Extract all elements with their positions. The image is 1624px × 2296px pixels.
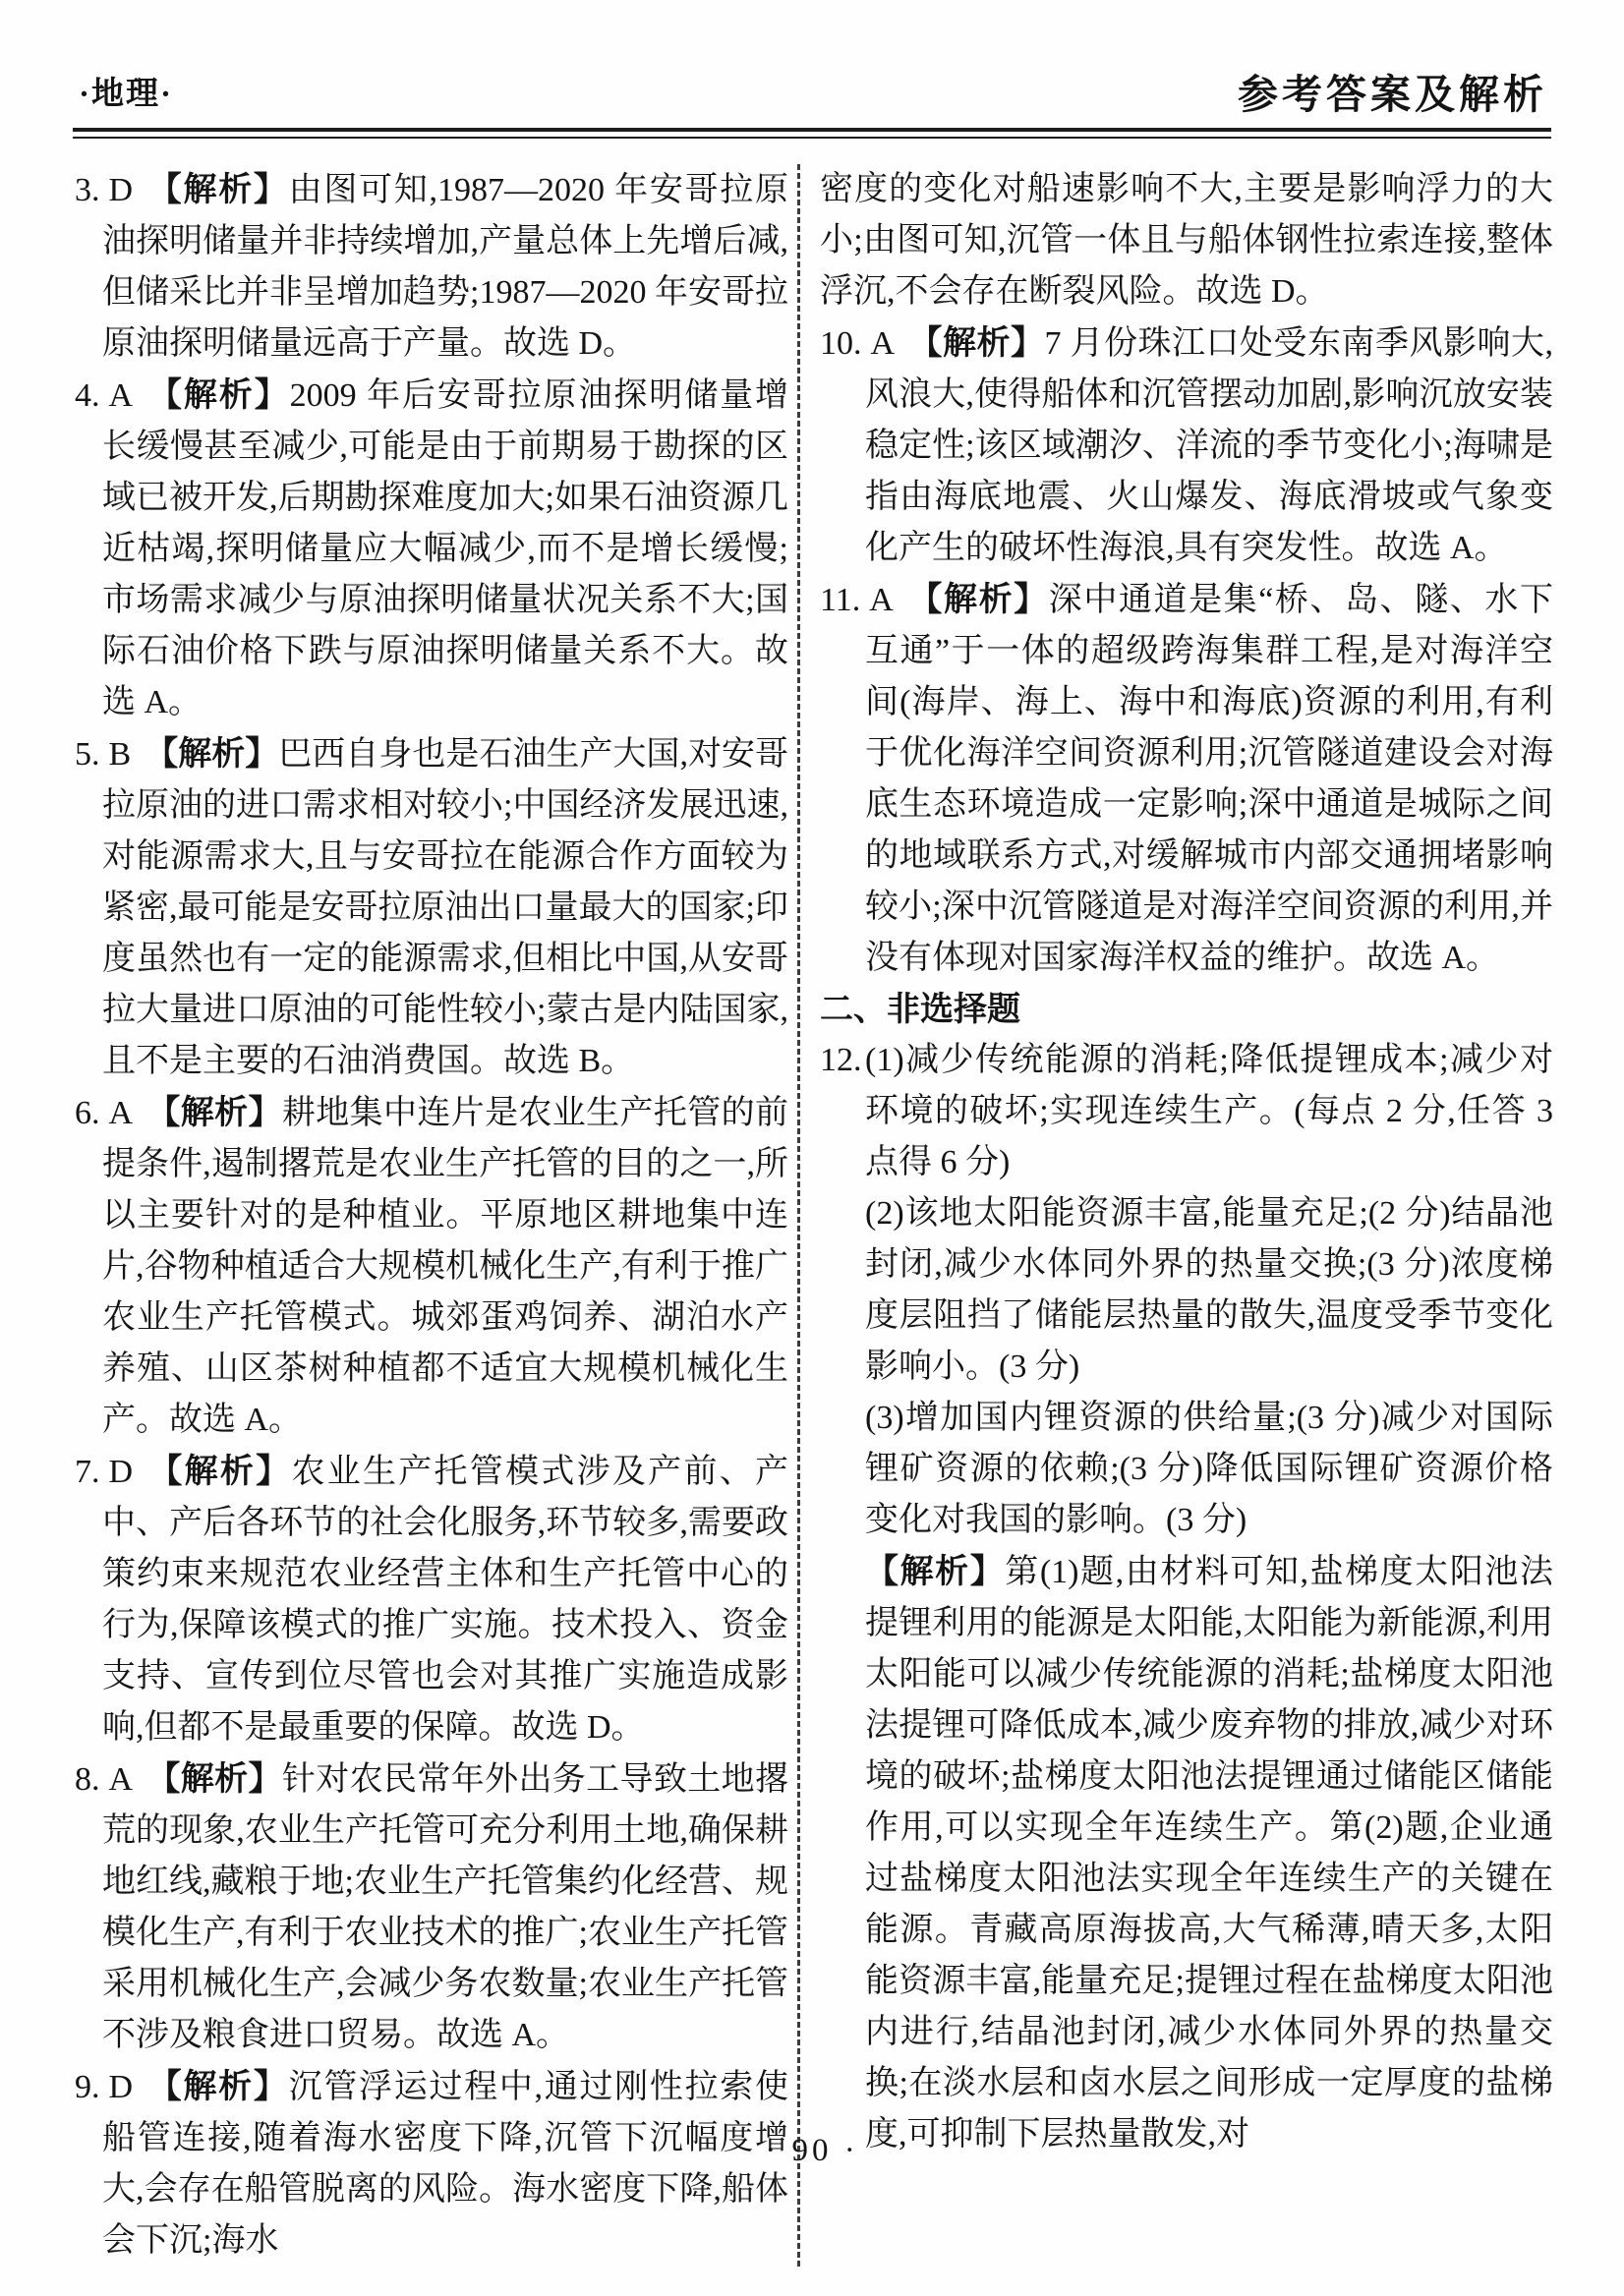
analysis-label: 【解析】 [908,324,1044,362]
question-number: 3. [75,172,100,208]
question-number: 7. [75,1454,100,1490]
answer-item-11: 11.A【解析】深中通道是集“桥、岛、隧、水下互通”于一体的超级跨海集群工程,是… [820,574,1553,984]
analysis-text: 耕地集中连片是农业生产托管的前提条件,遏制撂荒是农业生产托管的目的之一,所以主要… [102,1095,788,1438]
analysis-text: 农业生产托管模式涉及产前、产中、产后各环节的社会化服务,环节较多,需要政策约束来… [102,1454,788,1746]
answer-item-9-continuation: 密度的变化对船速影响不大,主要是影响浮力的大小;由图可知,沉管一体且与船体钢性拉… [820,164,1553,317]
answer-letter: A [871,325,896,362]
question-number: 5. [75,736,100,773]
answer-part-1: (1)减少传统能源的消耗;降低提锂成本;减少对环境的破坏;实现连续生产。(每点 … [865,1035,1553,1188]
analysis-label: 【解析】 [145,735,278,773]
analysis-text: 针对农民常年外出务工导致土地撂荒的现象,农业生产托管可充分利用土地,确保耕地红线… [102,1761,788,2053]
answer-analysis: 【解析】第(1)题,由材料可知,盐梯度太阳池法提锂利用的能源是太阳能,太阳能为新… [865,1546,1553,2160]
right-column: 密度的变化对船速影响不大,主要是影响浮力的大小;由图可知,沉管一体且与船体钢性拉… [800,164,1553,2267]
answer-item-10: 10.A【解析】7 月份珠江口处受东南季风影响大,风浪大,使得船体和沉管摆动加剧… [820,317,1553,574]
header-double-rule [73,128,1551,139]
answer-letter: D [109,172,134,208]
analysis-label: 【解析】 [865,1553,1005,1590]
question-number: 9. [75,2069,100,2105]
section-heading-non-choice: 二、非选择题 [820,984,1553,1035]
answer-letter: A [869,582,894,618]
answer-item-6: 6.A【解析】耕地集中连片是农业生产托管的前提条件,遏制撂荒是农业生产托管的目的… [75,1087,788,1446]
answer-item-7: 7.D【解析】农业生产托管模式涉及产前、产中、产后各环节的社会化服务,环节较多,… [75,1446,788,1753]
answer-item-8: 8.A【解析】针对农民常年外出务工导致土地撂荒的现象,农业生产托管可充分利用土地… [75,1753,788,2061]
analysis-label: 【解析】 [146,1453,291,1490]
answer-letter: A [109,377,134,414]
question-number: 6. [75,1095,100,1131]
analysis-label: 【解析】 [146,376,290,414]
answer-letter: A [109,1761,134,1798]
answer-item-5: 5.B【解析】巴西自身也是石油生产大国,对安哥拉原油的进口需求相对较小;中国经济… [75,728,788,1087]
answer-key-page: ·地理· 参考答案及解析 3.D【解析】由图可知,1987—2020 年安哥拉原… [0,0,1624,2296]
answer-letter: B [109,736,132,773]
answer-item-3: 3.D【解析】由图可知,1987—2020 年安哥拉原油探明储量并非持续增加,产… [75,164,788,370]
answer-letter: A [109,1095,134,1131]
answer-letter: D [109,2069,134,2105]
question-number: 4. [75,377,100,414]
answer-item-12-content: (1)减少传统能源的消耗;降低提锂成本;减少对环境的破坏;实现连续生产。(每点 … [865,1035,1553,2160]
answer-item-12: 12. (1)减少传统能源的消耗;降低提锂成本;减少对环境的破坏;实现连续生产。… [820,1035,1553,2160]
page-title: 参考答案及解析 [1238,69,1547,120]
answer-part-3: (3)增加国内锂资源的供给量;(3 分)减少对国际锂矿资源的依赖;(3 分)降低… [865,1393,1553,1546]
answer-item-4: 4.A【解析】2009 年后安哥拉原油探明储量增长缓慢甚至减少,可能是由于前期易… [75,370,788,728]
question-number: 12. [820,1035,865,2160]
question-number: 10. [820,325,862,362]
answer-part-2: (2)该地太阳能资源丰富,能量充足;(2 分)结晶池封闭,减少水体同外界的热量交… [865,1188,1553,1393]
page-footer: · 90 · [0,2125,1624,2176]
analysis-label: 【解析】 [146,1760,282,1798]
answer-letter: D [109,1454,134,1490]
analysis-label: 【解析】 [146,171,289,208]
analysis-text: 巴西自身也是石油生产大国,对安哥拉原油的进口需求相对较小;中国经济发展迅速,对能… [102,736,788,1079]
page-number: · 90 · [765,2133,858,2168]
analysis-label: 【解析】 [146,1094,282,1131]
analysis-label: 【解析】 [907,581,1049,618]
header-subject-label: ·地理· [79,69,173,120]
page-header: ·地理· 参考答案及解析 [0,0,1624,128]
left-column: 3.D【解析】由图可知,1987—2020 年安哥拉原油探明储量并非持续增加,产… [75,164,788,2267]
content-columns: 3.D【解析】由图可知,1987—2020 年安哥拉原油探明储量并非持续增加,产… [0,139,1624,2267]
analysis-text: 第(1)题,由材料可知,盐梯度太阳池法提锂利用的能源是太阳能,太阳能为新能源,利… [865,1554,1553,2152]
analysis-text: 深中通道是集“桥、岛、隧、水下互通”于一体的超级跨海集群工程,是对海洋空间(海岸… [865,582,1553,976]
analysis-text: 2009 年后安哥拉原油探明储量增长缓慢甚至减少,可能是由于前期易于勘探的区域已… [102,377,788,720]
question-number: 8. [75,1761,100,1798]
analysis-label: 【解析】 [146,2068,289,2105]
question-number: 11. [820,582,860,618]
